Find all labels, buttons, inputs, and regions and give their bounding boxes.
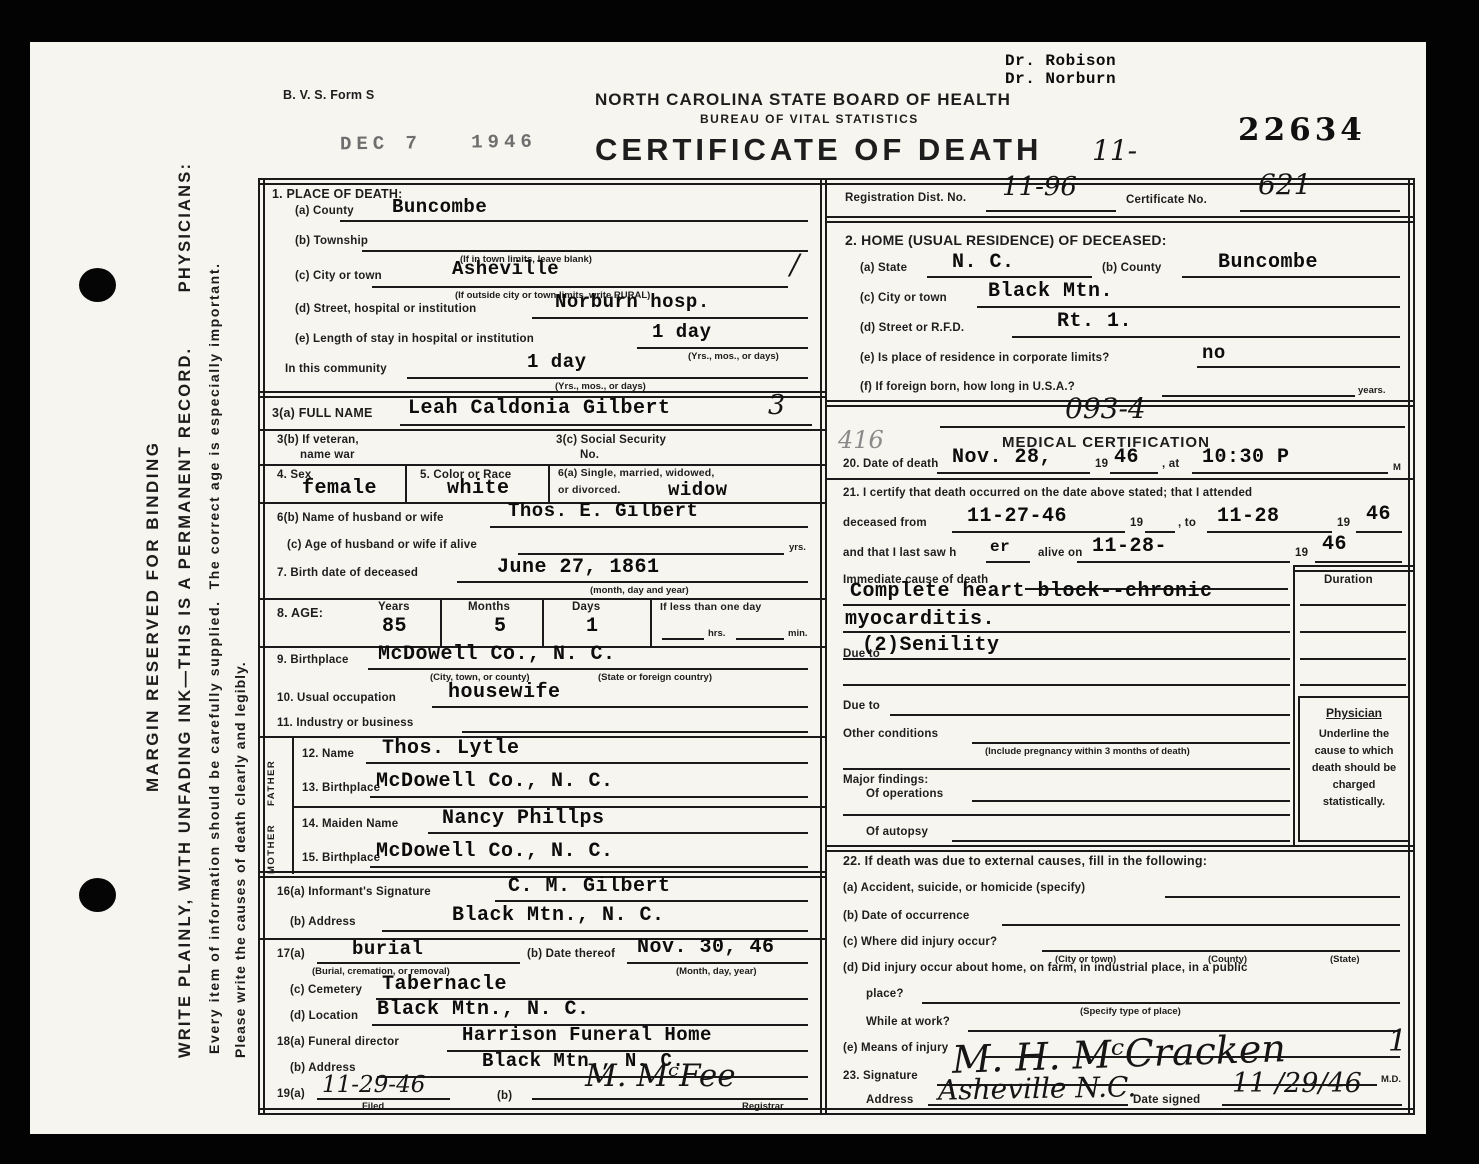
mother-name-value: Nancy Phillps [442, 807, 605, 830]
date-of-death-year: 46 [1114, 446, 1139, 469]
findings-label: Major findings: [843, 774, 928, 786]
filed-label: 19(a) [277, 1088, 305, 1100]
duration-cell-2 [1300, 631, 1406, 633]
date-of-death-time: 10:30 P [1202, 446, 1290, 469]
external-d-label-2: place? [866, 988, 904, 1000]
informant-signature-value: C. M. Gilbert [508, 875, 671, 898]
external-a-label: (a) Accident, suicide, or homicide (spec… [843, 882, 1085, 894]
veteran-label-1: 3(b) If veteran, [277, 434, 359, 446]
home-foreign-label: (f) If foreign born, how long in U.S.A.? [860, 381, 1075, 393]
md-suffix: M.D. [1381, 1074, 1401, 1085]
occupation-value: housewife [448, 681, 561, 704]
duration-cell-1 [1300, 604, 1406, 606]
home-county-label: (b) County [1102, 262, 1161, 274]
rule-top [258, 178, 1415, 185]
filed-caption: Filed [362, 1101, 384, 1112]
age-days-label: Days [572, 601, 600, 613]
margin-please-write-note: Please write the causes of death clearly… [232, 661, 248, 1058]
sex-race-divider [405, 464, 407, 502]
autopsy-line [952, 840, 1290, 842]
form-number: B. V. S. Form S [283, 88, 374, 102]
attended-to-year-line [1356, 531, 1402, 533]
registration-dist-value: 11-96 [1002, 172, 1077, 202]
cause-line-1-rule [843, 604, 1290, 606]
physician-address-value: Asheville N.C. [938, 1070, 1137, 1106]
external-b-label: (b) Date of occurrence [843, 910, 969, 922]
full-name-value: Leah Caldonia Gilbert [408, 397, 671, 420]
funeral-director-label: 18(a) Funeral director [277, 1036, 399, 1048]
home-state-value: N. C. [952, 251, 1015, 274]
township-line [362, 250, 808, 252]
physician-signature-label: 23. Signature [843, 1070, 918, 1082]
race-marital-divider [548, 464, 550, 502]
date-signed-line [1222, 1104, 1402, 1106]
mother-name-label: 14. Maiden Name [302, 818, 398, 830]
stay-hint: (Yrs., mos., or days) [688, 351, 779, 362]
age-divider-1 [440, 598, 442, 646]
attended-to-19: 19 [1337, 517, 1350, 529]
mother-birthplace-label: 15. Birthplace [302, 852, 380, 864]
disposal-label: 17(a) [277, 948, 305, 960]
duration-header: Duration [1324, 574, 1373, 586]
birthdate-hint: (month, day and year) [590, 585, 689, 596]
date-of-death-line [937, 472, 1090, 474]
rule-bottom [258, 1108, 1415, 1115]
margin-write-plainly-note: WRITE PLAINLY, WITH UNFADING INK—THIS IS… [176, 162, 195, 1058]
attended-to-value: 11-28 [1217, 505, 1280, 528]
birthdate-label: 7. Birth date of deceased [277, 567, 418, 579]
alive-on-label: alive on [1038, 547, 1082, 559]
race-value: white [447, 477, 510, 500]
serial-number: 22634 [1238, 112, 1366, 148]
stay-line [637, 347, 808, 349]
stay-value: 1 day [652, 321, 712, 343]
attended-from-19: 19 [1130, 517, 1143, 529]
age-less-label: If less than one day [660, 601, 761, 613]
external-b-line [1002, 924, 1400, 926]
home-county-line [1182, 276, 1400, 278]
county-label: (a) County [295, 205, 354, 217]
attended-from-19-line [1145, 531, 1175, 533]
full-name-handwritten-mark: 3 [768, 390, 785, 421]
ssn-label-1: 3(c) Social Security [556, 434, 666, 446]
birthdate-line [457, 581, 808, 583]
disposal-date-hint: (Month, day, year) [676, 966, 757, 977]
informant-address-value: Black Mtn., N. C. [452, 904, 665, 927]
attended-to-label: , to [1178, 517, 1196, 529]
city-handwritten-mark: / [790, 248, 799, 281]
marital-label-2: or divorced. [558, 484, 621, 496]
attended-from-label: deceased from [843, 517, 927, 529]
external-c-line [1042, 950, 1400, 952]
pencil-annotation: 416 [838, 426, 884, 454]
husband-age-suffix: yrs. [789, 542, 806, 553]
disposal-date-label: (b) Date thereof [527, 948, 615, 960]
full-name-line [400, 424, 812, 426]
certificate-no-value: 621 [1258, 168, 1311, 201]
township-label: (b) Township [295, 235, 368, 247]
certificate-no-label: Certificate No. [1126, 194, 1207, 206]
attended-from-line [952, 531, 1125, 533]
code-line [940, 426, 1405, 428]
industry-label: 11. Industry or business [277, 717, 413, 729]
date-signed-label: Date signed [1133, 1094, 1200, 1106]
date-of-death-value: Nov. 28, [952, 446, 1052, 469]
dod-row-rule [826, 478, 1415, 480]
place-of-death-heading: 1. PLACE OF DEATH: [272, 187, 402, 201]
attended-from-value: 11-27-46 [967, 505, 1067, 528]
age-min-line [736, 638, 784, 640]
duration-cell-4 [1300, 684, 1406, 686]
filed-date-value: 11-29-46 [322, 1072, 425, 1098]
registrar-b-label: (b) [497, 1090, 512, 1102]
age-min-label: min. [788, 628, 808, 639]
informant-signature-line [495, 900, 808, 902]
external-work-label: While at work? [866, 1016, 950, 1028]
home-state-line [927, 276, 1092, 278]
community-value: 1 day [527, 351, 587, 373]
street-label: (d) Street, hospital or institution [295, 303, 476, 315]
home-corporate-label: (e) Is place of residence in corporate l… [860, 352, 1110, 364]
operations-label: Of operations [866, 788, 943, 800]
informant-address-label: (b) Address [290, 916, 356, 928]
name-row-rule [258, 429, 826, 431]
father-name-value: Thos. Lytle [382, 737, 520, 760]
margin-binding-note: MARGIN RESERVED FOR BINDING [143, 441, 163, 793]
doctor-name-2: Dr. Norburn [1005, 70, 1116, 88]
attended-to-line [1207, 531, 1332, 533]
home-city-value: Black Mtn. [988, 280, 1113, 303]
disposal-date-value: Nov. 30, 46 [637, 936, 775, 959]
father-name-label: 12. Name [302, 748, 354, 760]
cause-blank-rule [843, 684, 1290, 686]
home-street-label: (d) Street or R.F.D. [860, 322, 964, 334]
county-value: Buncombe [392, 196, 487, 218]
attended-to-year: 46 [1366, 503, 1391, 526]
external-d-line [922, 1002, 1400, 1004]
cemetery-location-label: (d) Location [290, 1010, 358, 1022]
alive-on-year: 46 [1322, 533, 1347, 556]
street-value: Norburn hosp. [555, 291, 710, 313]
registration-dist-label: Registration Dist. No. [845, 192, 966, 204]
cause-line-3: (2)Senility [862, 634, 1000, 657]
home-heading: 2. HOME (USUAL RESIDENCE) OF DECEASED: [845, 232, 1167, 248]
home-city-label: (c) City or town [860, 292, 947, 304]
age-days-value: 1 [586, 615, 599, 638]
birthplace-hint-2: (State or foreign country) [598, 672, 712, 683]
registration-dist-line [986, 210, 1116, 212]
city-label: (c) City or town [295, 270, 382, 282]
mother-name-line [428, 832, 808, 834]
certify-statement: 21. I certify that death occurred on the… [843, 487, 1252, 499]
age-years-value: 85 [382, 615, 407, 638]
other-conditions-hint: (Include pregnancy within 3 months of de… [985, 746, 1190, 757]
due-to-label-2: Due to [843, 700, 880, 712]
duration-cell-3 [1300, 658, 1406, 660]
physician-address-label: Address [866, 1094, 913, 1106]
physician-address-line [928, 1104, 1128, 1106]
autopsy-blank-rule [843, 814, 1290, 816]
other-conditions-line [972, 742, 1290, 744]
hole-punch-bottom [79, 878, 116, 912]
occupation-label: 10. Usual occupation [277, 692, 396, 704]
date-of-death-time-line [1192, 472, 1388, 474]
last-saw-er-line [986, 561, 1030, 563]
age-divider-3 [650, 598, 652, 646]
filed-date-line [317, 1098, 450, 1100]
other-conditions-label: Other conditions [843, 728, 938, 740]
external-a-line [1165, 896, 1400, 898]
husband-name-label: 6(b) Name of husband or wife [277, 512, 444, 524]
disposal-value: burial [352, 938, 423, 960]
registration-bottom-rule [826, 216, 1415, 223]
funeral-director-value: Harrison Funeral Home [462, 1024, 712, 1046]
alive-on-line [1077, 561, 1290, 563]
received-date-stamp: DEC 7 1946 [340, 131, 537, 156]
home-street-value: Rt. 1. [1057, 310, 1132, 333]
registrar-line [532, 1098, 808, 1100]
father-birthplace-line [370, 796, 808, 798]
occupation-line [432, 706, 808, 708]
cause-line-1: Complete heart block--chronic [850, 580, 1213, 603]
home-state-label: (a) State [860, 262, 907, 274]
sex-value: female [302, 477, 377, 500]
certificate-no-line [1240, 210, 1400, 212]
husband-age-label: (c) Age of husband or wife if alive [287, 539, 477, 551]
registrar-caption: Registrar [742, 1101, 784, 1112]
operations-line [972, 800, 1290, 802]
father-birthplace-label: 13. Birthplace [302, 782, 380, 794]
due-to-2-rule [890, 714, 1290, 716]
street-line [532, 317, 808, 319]
veteran-row-rule [258, 464, 826, 466]
county-line [340, 220, 808, 222]
rule-right [1408, 178, 1415, 1115]
home-foreign-line [1162, 395, 1355, 397]
code-handwritten: 093-4 [1065, 392, 1146, 425]
birthplace-label: 9. Birthplace [277, 654, 349, 666]
marital-label-1: 6(a) Single, married, widowed, [558, 467, 715, 479]
mother-birthplace-value: McDowell Co., N. C. [376, 840, 614, 863]
full-name-label: 3(a) FULL NAME [272, 406, 373, 420]
home-corporate-value: no [1202, 342, 1226, 364]
informant-signature-label: 16(a) Informant's Signature [277, 886, 431, 898]
cause-line-2: myocarditis. [845, 608, 995, 631]
duration-left-rule [1293, 565, 1295, 845]
cause-line-3-rule [843, 658, 1290, 660]
home-city-line [977, 306, 1400, 308]
birthplace-value: McDowell Co., N. C. [378, 643, 616, 666]
hole-punch-top [79, 268, 116, 302]
community-line [407, 377, 808, 379]
husband-age-line [518, 553, 784, 555]
registrar-signature: M. MᶜFee [585, 1058, 736, 1094]
date-signed-value: 11 /29/46 [1232, 1068, 1362, 1099]
father-side-label: FATHER [266, 760, 277, 806]
father-name-line [366, 762, 808, 764]
physician-note-title: Physician [1298, 706, 1410, 720]
external-c-label: (c) Where did injury occur? [843, 936, 997, 948]
external-d-label: (d) Did injury occur about home, on farm… [843, 962, 1248, 974]
age-hrs-label: hrs. [708, 628, 725, 639]
age-months-value: 5 [494, 615, 507, 638]
age-months-label: Months [468, 601, 510, 613]
industry-row-rule [258, 736, 826, 738]
ssn-label-2: No. [580, 449, 599, 461]
father-birthplace-value: McDowell Co., N. C. [376, 770, 614, 793]
husband-name-line [490, 526, 808, 528]
autopsy-label: Of autopsy [866, 826, 928, 838]
age-years-label: Years [378, 601, 410, 613]
external-e-mark: 1 [1388, 1024, 1407, 1059]
mother-side-label: MOTHER [266, 824, 277, 874]
marital-value: widow [668, 479, 728, 501]
age-label: 8. AGE: [277, 606, 323, 620]
home-county-value: Buncombe [1218, 251, 1318, 274]
cemetery-label: (c) Cemetery [290, 984, 362, 996]
disposal-line [317, 962, 520, 964]
home-corporate-line [1197, 366, 1400, 368]
date-of-death-at: , at [1162, 458, 1179, 470]
margin-every-item-note: Every item of information should be care… [206, 262, 222, 1054]
alive-on-19: 19 [1295, 547, 1308, 559]
industry-line [462, 731, 808, 733]
veteran-label-2: name war [300, 449, 355, 461]
last-saw-label: and that I last saw h [843, 547, 956, 559]
external-e-label: (e) Means of injury [843, 1042, 948, 1054]
physician-note-text: Underline the cause to which death shoul… [1302, 726, 1406, 811]
title-handwritten-note: 11- [1092, 134, 1137, 167]
city-line [372, 286, 788, 288]
cause-line-2-rule [843, 631, 1290, 633]
last-saw-er: er [990, 538, 1010, 556]
home-street-line [1012, 336, 1400, 338]
city-value: Asheville [452, 258, 559, 280]
home-years-suffix: years. [1358, 385, 1385, 396]
husband-name-value: Thos. E. Gilbert [508, 500, 698, 522]
findings-blank-rule [843, 768, 1290, 770]
birthdate-value: June 27, 1861 [497, 556, 660, 579]
external-c-hint-3: (State) [1330, 954, 1360, 965]
date-of-death-m: M [1393, 462, 1401, 473]
cemetery-value: Tabernacle [382, 973, 507, 996]
scanned-death-certificate: MARGIN RESERVED FOR BINDING WRITE PLAINL… [0, 0, 1479, 1164]
alive-on-value: 11-28- [1092, 535, 1167, 558]
date-of-death-19: 19 [1095, 458, 1108, 470]
alive-on-year-line [1315, 561, 1402, 563]
certificate-title: CERTIFICATE OF DEATH [595, 132, 1042, 168]
age-hrs-line [662, 638, 704, 640]
stay-label: (e) Length of stay in hospital or instit… [295, 333, 534, 345]
parent-side-rule [292, 736, 294, 874]
date-of-death-label: 20. Date of death [843, 458, 938, 470]
date-of-death-year-line [1110, 472, 1158, 474]
informant-address-line [382, 930, 808, 932]
board-title: NORTH CAROLINA STATE BOARD OF HEALTH [595, 90, 1011, 110]
age-divider-2 [542, 598, 544, 646]
duration-top-rule [1293, 565, 1415, 572]
medical-bottom-rule [826, 845, 1415, 852]
community-label: In this community [285, 363, 387, 375]
bureau-subtitle: BUREAU OF VITAL STATISTICS [700, 112, 919, 126]
external-heading: 22. If death was due to external causes,… [843, 854, 1207, 868]
mother-birthplace-line [370, 866, 808, 868]
cemetery-location-value: Black Mtn., N. C. [377, 998, 590, 1021]
birthplace-line [368, 668, 808, 670]
doctor-name-1: Dr. Robison [1005, 52, 1116, 70]
disposal-date-line [627, 962, 808, 964]
external-d-hint: (Specify type of place) [1080, 1006, 1181, 1017]
